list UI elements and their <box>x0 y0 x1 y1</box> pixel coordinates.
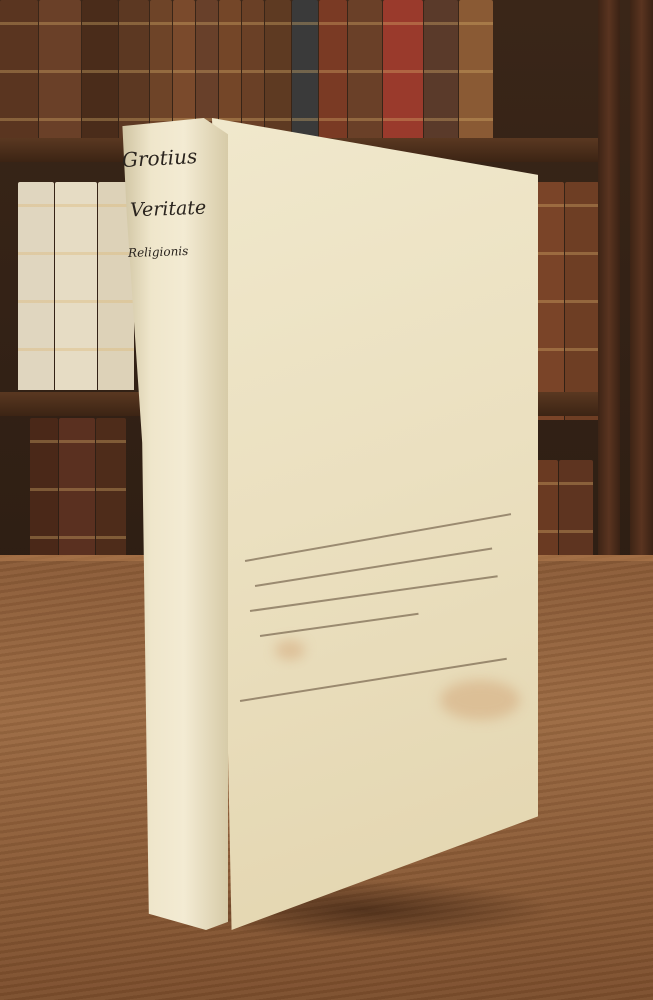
photo-scene: Grotius Veritate Religionis <box>0 0 653 1000</box>
spine-title-line2: Veritate <box>130 197 207 222</box>
spine-title-line1: Grotius <box>121 144 197 172</box>
shelf-row-top <box>0 0 600 140</box>
shelf-row-middle-right <box>532 182 602 420</box>
cover-stain <box>440 680 520 720</box>
shelf-row-bottom-left <box>30 418 140 568</box>
book-front-cover <box>212 118 538 930</box>
cover-stain <box>275 640 305 660</box>
spine-title-line3: Religionis <box>128 244 189 260</box>
shelf-row-middle-left <box>18 182 138 390</box>
